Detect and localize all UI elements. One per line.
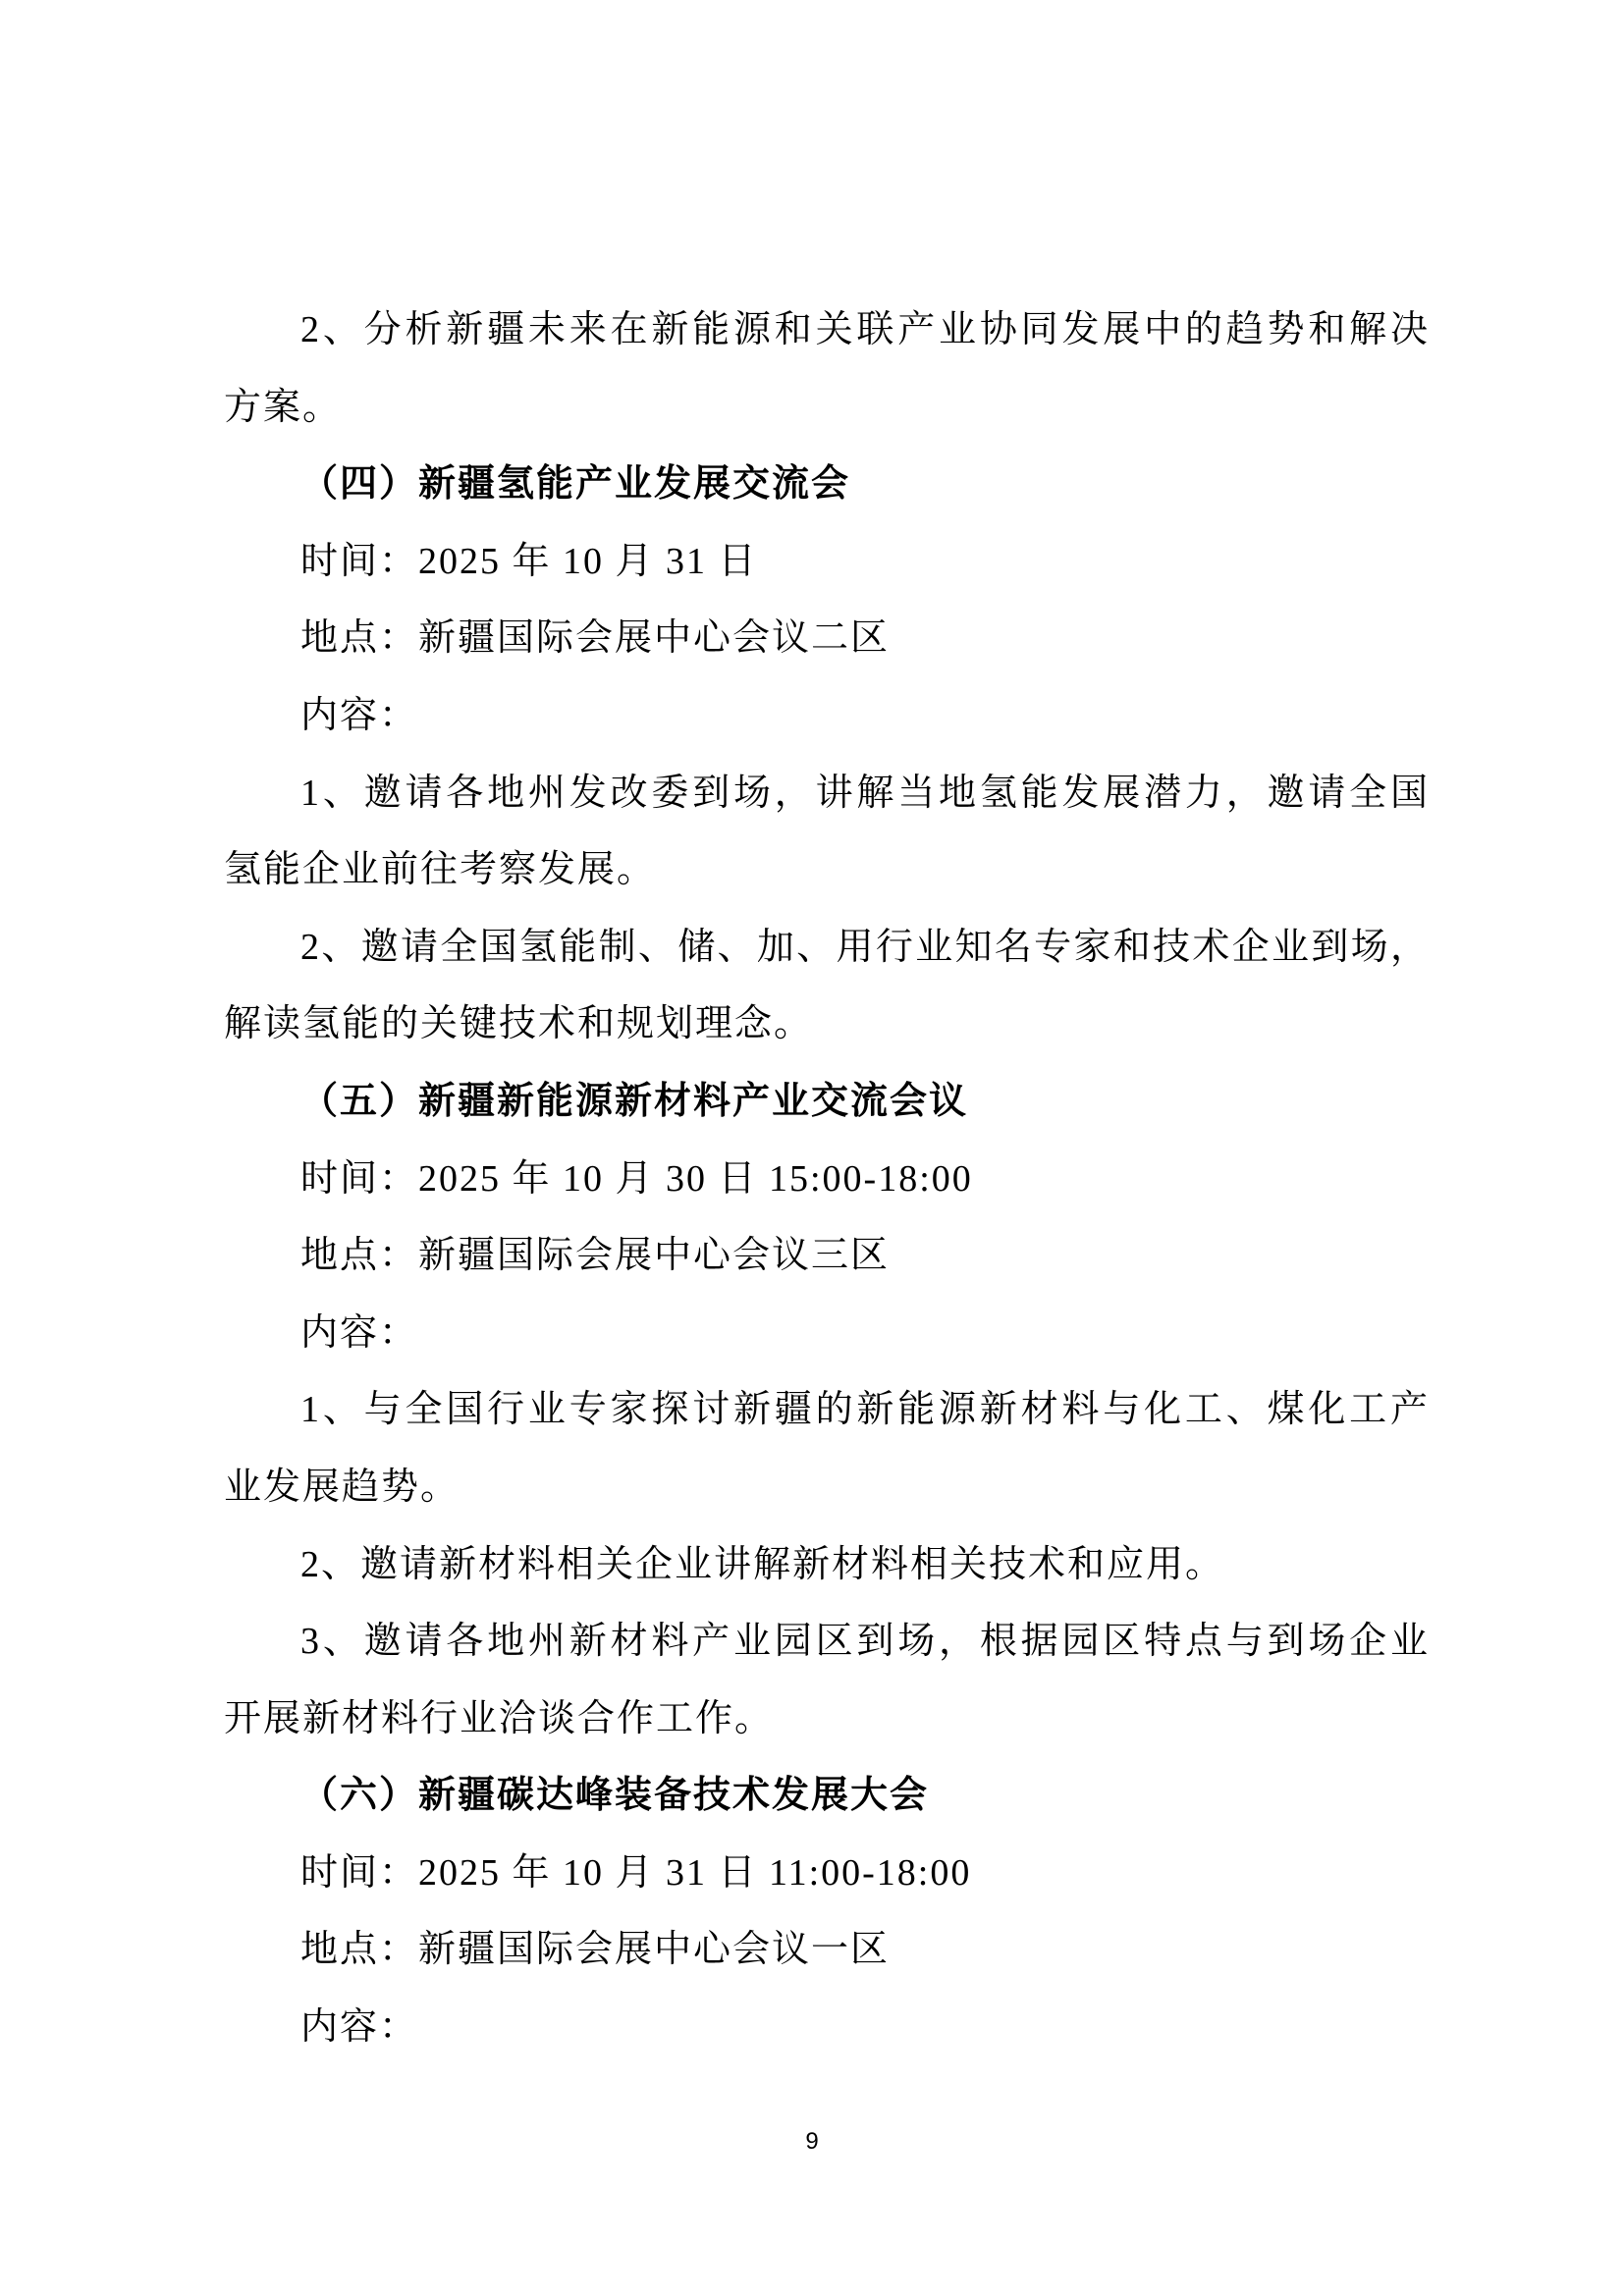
document-page: 2、分析新疆未来在新能源和关联产业协同发展中的趋势和解决 方案。 （四）新疆氢能…: [0, 0, 1624, 2296]
event-time: 时间：2025 年 10 月 30 日 15:00-18:00: [224, 1141, 1430, 1218]
document-body: 2、分析新疆未来在新能源和关联产业协同发展中的趋势和解决 方案。 （四）新疆氢能…: [224, 292, 1430, 2066]
event-time: 时间：2025 年 10 月 31 日 11:00-18:00: [224, 1835, 1430, 1912]
list-item-line: 1、与全国行业专家探讨新疆的新能源新材料与化工、煤化工产: [224, 1371, 1430, 1449]
event-location: 地点：新疆国际会展中心会议二区: [224, 600, 1430, 677]
list-item-line: 3、邀请各地州新材料产业园区到场，根据园区特点与到场企业: [224, 1603, 1430, 1681]
section-heading-4: （四）新疆氢能产业发展交流会: [224, 446, 1430, 523]
paragraph-continuation: 方案。: [224, 369, 1430, 447]
page-footer: 9: [0, 2122, 1624, 2162]
page-number: 9: [805, 2128, 818, 2155]
list-item-line: 2、分析新疆未来在新能源和关联产业协同发展中的趋势和解决: [224, 292, 1430, 369]
paragraph-continuation: 开展新材料行业洽谈合作工作。: [224, 1681, 1430, 1758]
list-item-line: 2、邀请新材料相关企业讲解新材料相关技术和应用。: [224, 1526, 1430, 1604]
paragraph-continuation: 解读氢能的关键技术和规划理念。: [224, 986, 1430, 1063]
content-label: 内容：: [224, 1295, 1430, 1372]
content-label: 内容：: [224, 1989, 1430, 2066]
list-item-line: 1、邀请各地州发改委到场，讲解当地氢能发展潜力，邀请全国: [224, 755, 1430, 832]
paragraph-continuation: 业发展趋势。: [224, 1449, 1430, 1526]
event-location: 地点：新疆国际会展中心会议三区: [224, 1217, 1430, 1295]
content-label: 内容：: [224, 677, 1430, 755]
list-item-line: 2、邀请全国氢能制、储、加、用行业知名专家和技术企业到场，: [224, 909, 1430, 987]
paragraph-continuation: 氢能企业前往考察发展。: [224, 831, 1430, 909]
section-heading-6: （六）新疆碳达峰装备技术发展大会: [224, 1757, 1430, 1835]
section-heading-5: （五）新疆新能源新材料产业交流会议: [224, 1063, 1430, 1141]
event-location: 地点：新疆国际会展中心会议一区: [224, 1911, 1430, 1989]
event-time: 时间：2025 年 10 月 31 日: [224, 523, 1430, 601]
